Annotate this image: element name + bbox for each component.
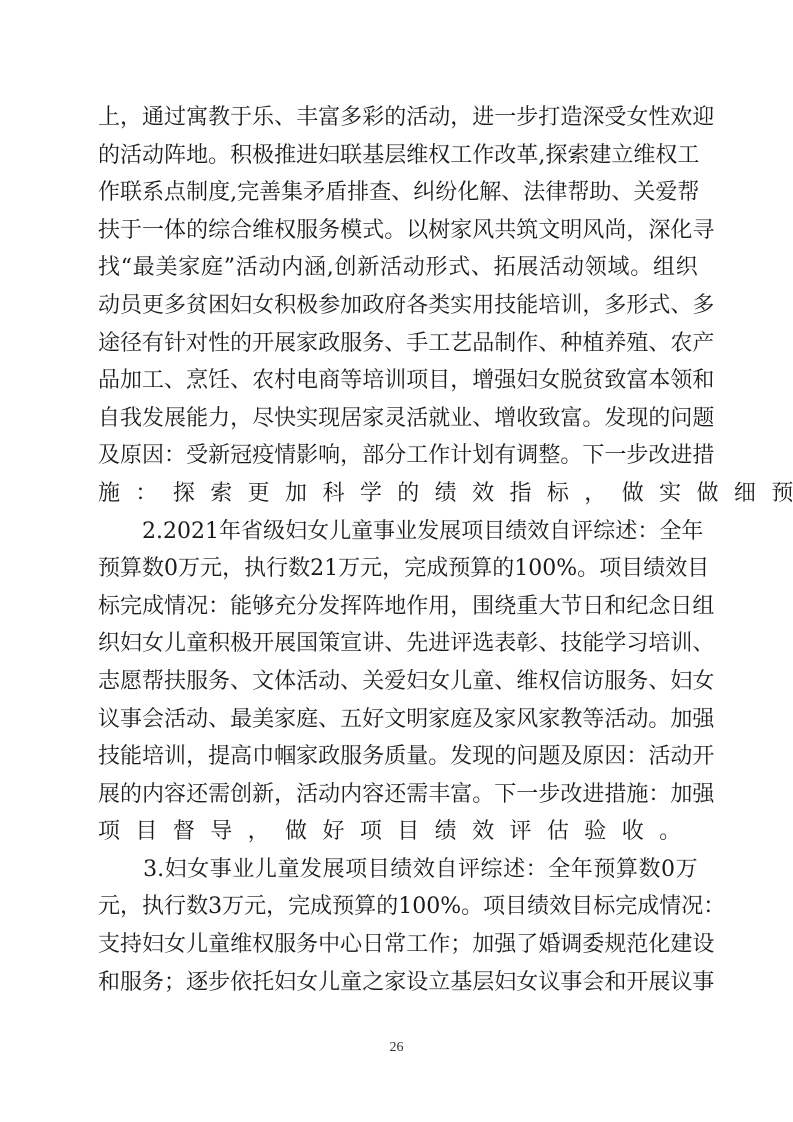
page-number: 26 xyxy=(0,1040,793,1056)
text-line: 项目督导，做好项目绩效评估验收。 xyxy=(98,813,698,851)
text-line: 展的内容还需创新，活动内容还需丰富。下一步改进措施：加强 xyxy=(98,776,698,814)
text-line: 自我发展能力，尽快实现居家灵活就业、增收致富。发现的问题 xyxy=(98,400,698,438)
text-line: 织妇女儿童积极开展国策宣讲、先进评选表彰、技能学习培训、 xyxy=(98,625,698,663)
text-line: 作联系点制度,完善集矛盾排查、纠纷化解、法律帮助、关爱帮 xyxy=(98,174,698,212)
text-line: 施：探索更加科学的绩效指标，做实做细预算编制工作。 xyxy=(98,475,698,513)
text-line: 和服务；逐步依托妇女儿童之家设立基层妇女议事会和开展议事 xyxy=(98,964,698,1002)
text-line: 支持妇女儿童维权服务中心日常工作；加强了婚调委规范化建设 xyxy=(98,926,698,964)
text-line: 志愿帮扶服务、文体活动、关爱妇女儿童、维权信访服务、妇女 xyxy=(98,663,698,701)
text-line: 找“最美家庭”活动内涵,创新活动形式、拓展活动领域。组织 xyxy=(98,249,698,287)
text-line: 预算数0万元，执行数21万元，完成预算的100%。项目绩效目 xyxy=(98,550,698,588)
text-line: 及原因：受新冠疫情影响，部分工作计划有调整。下一步改进措 xyxy=(98,437,698,475)
document-page: 上，通过寓教于乐、丰富多彩的活动，进一步打造深受女性欢迎的活动阵地。积极推进妇联… xyxy=(0,0,793,1122)
text-line: 2.2021年省级妇女儿童事业发展项目绩效自评综述：全年 xyxy=(98,513,698,551)
text-line: 标完成情况：能够充分发挥阵地作用，围绕重大节日和纪念日组 xyxy=(98,588,698,626)
text-line: 途径有针对性的开展家政服务、手工艺品制作、种植养殖、农产 xyxy=(98,325,698,363)
text-line: 扶于一体的综合维权服务模式。以树家风共筑文明风尚，深化寻 xyxy=(98,212,698,250)
text-line: 动员更多贫困妇女积极参加政府各类实用技能培训，多形式、多 xyxy=(98,287,698,325)
text-line: 元，执行数3万元，完成预算的100%。项目绩效目标完成情况： xyxy=(98,888,698,926)
text-line: 议事会活动、最美家庭、五好文明家庭及家风家教等活动。加强 xyxy=(98,701,698,739)
text-line: 技能培训，提高巾帼家政服务质量。发现的问题及原因：活动开 xyxy=(98,738,698,776)
text-line: 品加工、烹饪、农村电商等培训项目，增强妇女脱贫致富本领和 xyxy=(98,362,698,400)
text-line: 上，通过寓教于乐、丰富多彩的活动，进一步打造深受女性欢迎 xyxy=(98,99,698,137)
body-text: 上，通过寓教于乐、丰富多彩的活动，进一步打造深受女性欢迎的活动阵地。积极推进妇联… xyxy=(98,99,698,1001)
text-line: 的活动阵地。积极推进妇联基层维权工作改革,探索建立维权工 xyxy=(98,137,698,175)
text-line: 3.妇女事业儿童发展项目绩效自评综述：全年预算数0万 xyxy=(98,851,698,889)
